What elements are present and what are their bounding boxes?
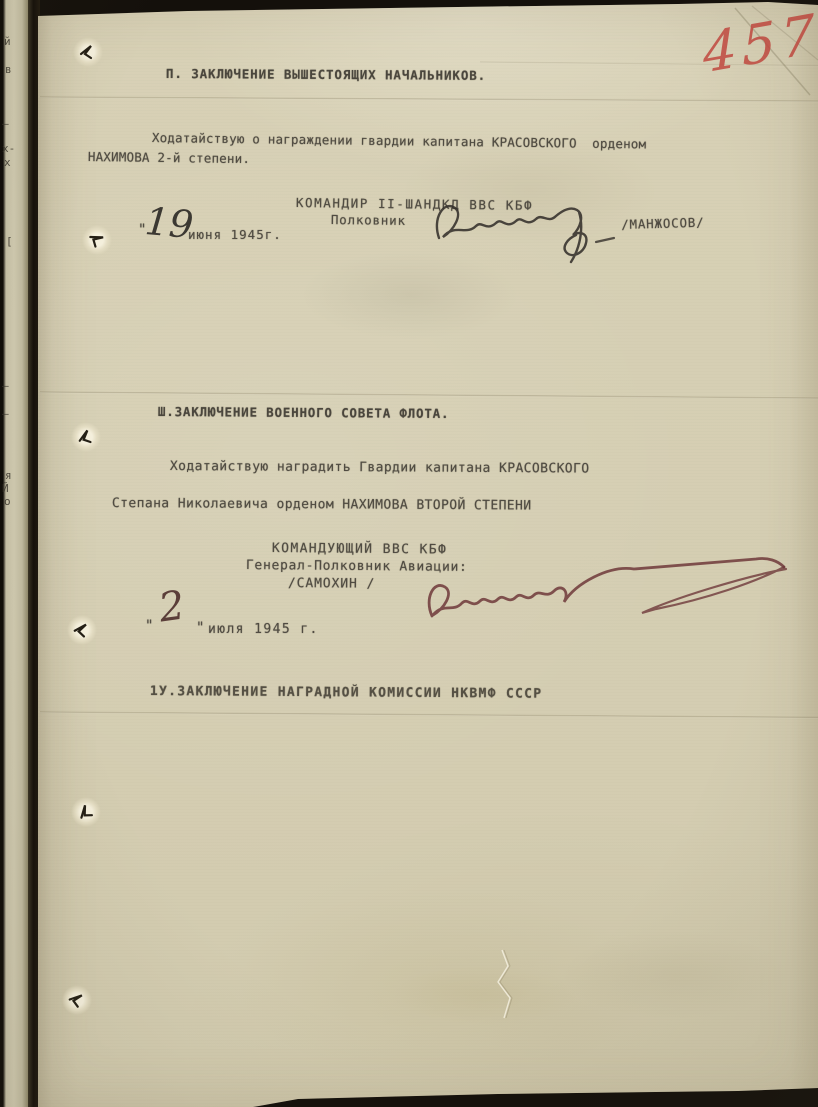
general-signature-stroke	[418, 556, 798, 631]
section-iii-heading: Ш.ЗАКЛЮЧЕНИЕ ВОЕННОГО СОВЕТА ФЛОТА.	[158, 404, 450, 421]
section-ii-heading: П. ЗАКЛЮЧЕНИЕ ВЫШЕСТОЯЩИХ НАЧАЛЬНИКОВ.	[166, 66, 486, 83]
edge-text-fragment: в	[5, 64, 12, 75]
punch-hole	[81, 224, 113, 256]
document-scan: й в — х- х [ — — я Й о	[0, 0, 818, 1107]
section-ii-date-typed: июня 1945г.	[188, 227, 282, 242]
edge-text-fragment: я	[5, 470, 12, 481]
edge-text-fragment: х-	[2, 143, 15, 154]
section-iii-body-line1: Ходатайствую наградить Гвардии капитана …	[170, 459, 590, 477]
paper-crack-icon	[488, 948, 528, 1028]
edge-text-fragment: —	[2, 380, 9, 391]
edge-text-fragment: —	[2, 408, 9, 419]
section-iii-date-typed: июля 1945 г.	[208, 622, 319, 637]
section-iii-body-line2: Степана Николаевича орденом НАХИМОВА ВТО…	[112, 496, 532, 514]
punch-hole	[72, 36, 104, 68]
section-iii-date-close-quote: "	[196, 620, 204, 636]
edge-text-fragment: [	[6, 236, 13, 247]
section-iv-heading: 1У.ЗАКЛЮЧЕНИЕ НАГРАДНОЙ КОМИССИИ НКВМФ С…	[150, 684, 543, 702]
edge-text-fragment: —	[2, 118, 9, 129]
underlying-page-edge: й в — х- х [ — — я Й о	[0, 0, 30, 1107]
section-ii-body-line2: НАХИМОВА 2-й степени.	[88, 149, 250, 166]
punch-hole	[61, 984, 93, 1016]
section-ii-signature-name: /МАНЖОСОВ/	[621, 215, 705, 232]
edge-text-fragment: й	[4, 36, 11, 47]
section-ii-commander-rank: Полковник	[331, 212, 406, 228]
section-iii-signature-name: /САМОХИН /	[288, 576, 375, 592]
punch-hole	[70, 421, 102, 453]
punch-hole	[66, 614, 98, 646]
section-iii-date-open-quote: "	[145, 618, 153, 634]
edge-text-fragment: Й	[2, 483, 9, 494]
punch-hole	[70, 796, 102, 828]
edge-text-fragment: о	[4, 496, 11, 507]
colonel-signature-stroke	[424, 190, 644, 275]
edge-text-fragment: х	[4, 157, 11, 168]
